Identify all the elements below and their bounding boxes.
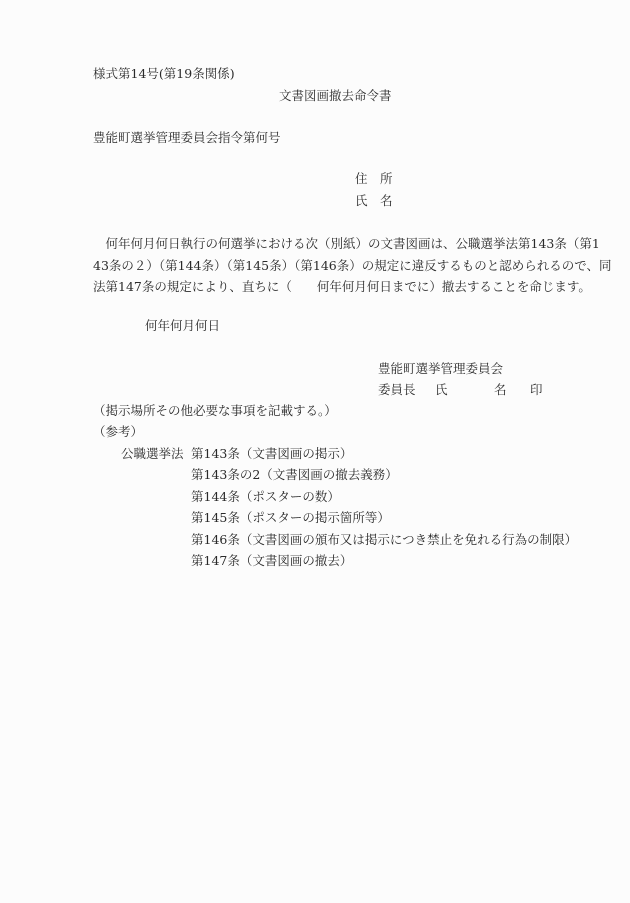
reference-item: 第143条（文書図画の掲示） — [191, 446, 352, 462]
reference-item: 第147条（文書図画の撤去） — [191, 553, 352, 569]
issuer-organization: 豊能町選挙管理委員会 — [378, 361, 503, 377]
chair-label: 委員長 — [378, 382, 416, 398]
reference-label: （参考） — [93, 424, 143, 440]
reference-item: 第145条（ポスターの掲示箇所等） — [191, 510, 390, 526]
reference-item: 第143条の2（文書図画の撤去義務） — [191, 467, 398, 483]
chair-name-part1: 氏 — [435, 382, 448, 398]
body-line: 何年何月何日執行の何選挙における次（別紙）の文書図画は、公職選挙法第143条（第… — [93, 233, 563, 255]
body-line: 43条の２）（第144条）（第145条）（第146条）の規定に違反するものと認め… — [93, 255, 563, 277]
name-label: 氏 名 — [355, 193, 393, 209]
chair-name-part2: 名 — [494, 382, 507, 398]
reference-item: 第144条（ポスターの数） — [191, 489, 340, 505]
issue-date: 何年何月何日 — [145, 318, 220, 334]
law-name: 公職選挙法 — [121, 446, 184, 462]
order-number: 豊能町選挙管理委員会指令第何号 — [93, 130, 281, 146]
reference-item: 第146条（文書図画の頒布又は掲示につき禁止を免れる行為の制限） — [191, 532, 577, 548]
seal-mark: 印 — [530, 382, 543, 398]
address-label: 住 所 — [355, 171, 393, 187]
document-title: 文書図画撤去命令書 — [279, 88, 392, 104]
note: （掲示場所その他必要な事項を記載する。） — [93, 403, 337, 419]
body-line: 法第147条の規定により、直ちに（ 何年何月何日までに）撤去することを命じます。 — [93, 276, 563, 298]
body-paragraph: 何年何月何日執行の何選挙における次（別紙）の文書図画は、公職選挙法第143条（第… — [93, 233, 563, 298]
form-label: 様式第14号(第19条関係) — [93, 66, 235, 82]
